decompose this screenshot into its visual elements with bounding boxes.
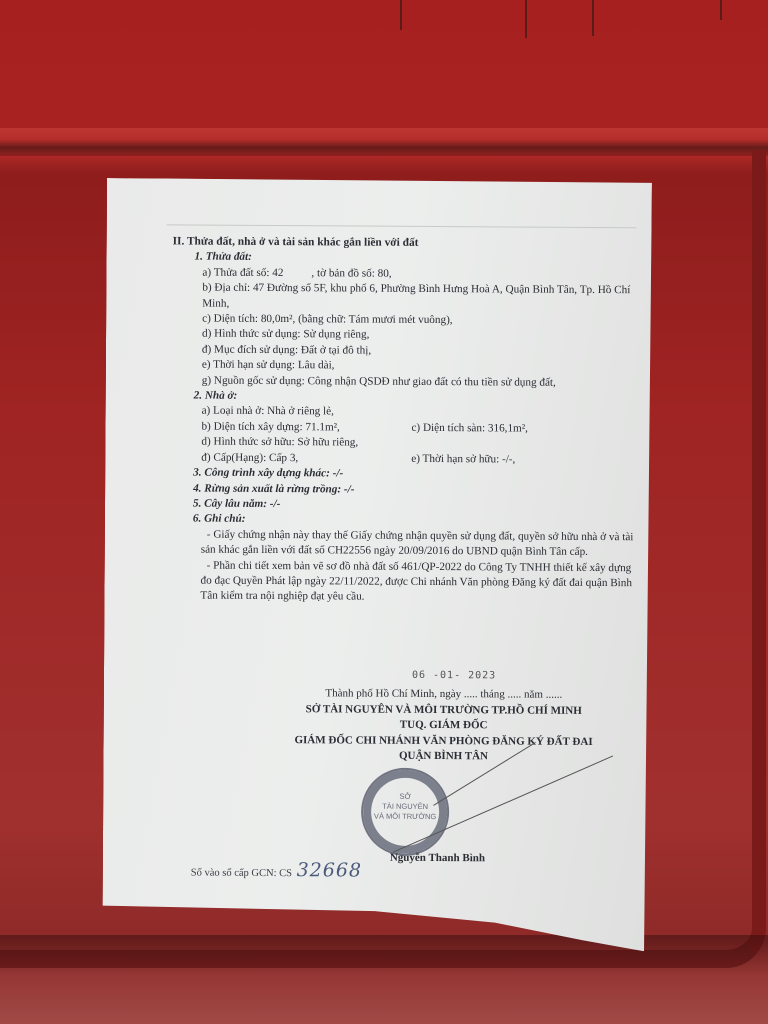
perennial-trees: 5. Cây lâu năm: -/- xyxy=(193,496,641,514)
scratch-mark xyxy=(400,0,402,30)
certificate-page: II. Thửa đất, nhà ở và tài sản khác gắn … xyxy=(102,178,652,951)
floor-area: c) Diện tích sàn: 316,1m², xyxy=(411,421,528,437)
scratch-mark xyxy=(592,0,594,36)
ownership-term: e) Thời hạn sở hữu: -/-, xyxy=(411,452,515,468)
registry-handwritten-number: 32668 xyxy=(297,859,363,881)
registry-number: Số vào sổ cấp GCN: CS 32668 xyxy=(191,859,362,882)
official-seal-icon: SỞ TÀI NGUYÊN VÀ MÔI TRƯỜNG xyxy=(361,768,450,857)
built-area: b) Diện tích xây dựng: 71.1m², xyxy=(201,419,411,436)
seal-line: VÀ MÔI TRƯỜNG xyxy=(363,812,447,823)
date-stamp: 06 -01- 2023 xyxy=(412,670,496,682)
seal-line: SỞ xyxy=(363,792,447,803)
seal-text: SỞ TÀI NGUYÊN VÀ MÔI TRƯỜNG xyxy=(363,792,447,823)
scratch-mark xyxy=(525,0,527,38)
district: QUẬN BÌNH TÂN xyxy=(253,748,633,766)
note-item: - Phần chi tiết xem bản vẽ sơ đồ nhà đất… xyxy=(200,558,640,607)
registry-label: Số vào sổ cấp GCN: CS xyxy=(191,868,292,880)
issuing-organization: SỞ TÀI NGUYÊN VÀ MÔI TRƯỜNG TP.HỒ CHÍ MI… xyxy=(254,701,634,719)
paper-shadow xyxy=(0,935,768,975)
land-item: g) Nguồn gốc sử dụng: Công nhận QSDĐ như… xyxy=(202,373,642,391)
house-grade: đ) Cấp(Hạng): Cấp 3, xyxy=(201,450,411,467)
document-body: II. Thửa đất, nhà ở và tài sản khác gắn … xyxy=(170,234,642,607)
land-item: b) Địa chỉ: 47 Đường số 5F, khu phố 6, P… xyxy=(202,281,642,314)
scratch-mark xyxy=(720,0,722,20)
signature-block: Thành phố Hồ Chí Minh, ngày ..... tháng … xyxy=(253,686,633,766)
signer-name: Nguyễn Thanh Bình xyxy=(390,852,485,865)
note-item: - Giấy chứng nhận này thay thế Giấy chứn… xyxy=(201,527,641,560)
signer-title: GIÁM ĐỐC CHI NHÁNH VĂN PHÒNG ĐĂNG KÝ ĐẤT… xyxy=(254,732,634,750)
header-rule xyxy=(167,224,637,228)
